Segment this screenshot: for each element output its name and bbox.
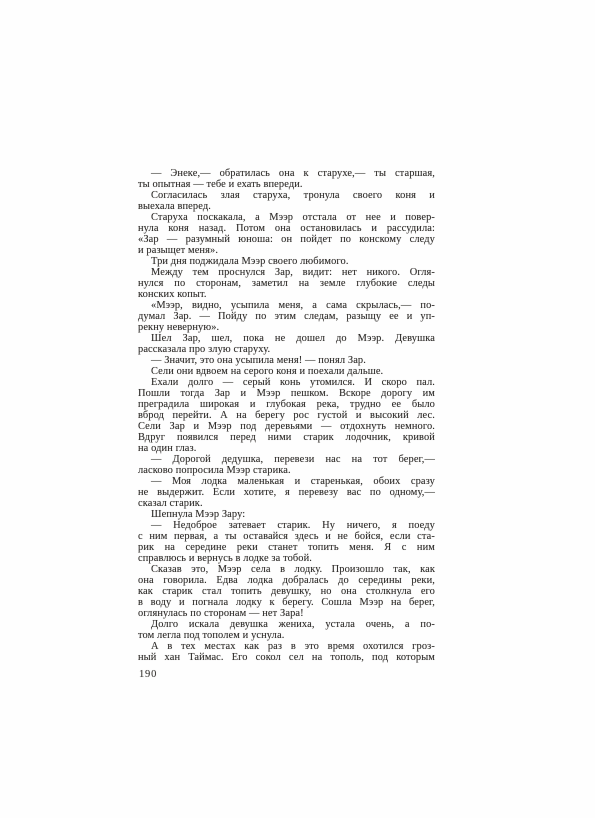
text-line: оглянулась по сторонам — нет Зара! — [138, 608, 435, 619]
text-line: — Моя лодка маленькая и старенькая, обои… — [138, 476, 435, 487]
text-line: Старуха поскакала, а Мээр отстала от нее… — [138, 212, 435, 223]
text-line: справлюсь и вернусь в лодке за тобой. — [138, 553, 435, 564]
text-line: как старик стал топить девушку, но она с… — [138, 586, 435, 597]
text-line: нулся по сторонам, заметил на земле глуб… — [138, 278, 435, 289]
text-line: в воду и погнала лодку к берегу. Сошла М… — [138, 597, 435, 608]
text-line: рекну неверную». — [138, 322, 435, 333]
text-line: выехала вперед. — [138, 201, 435, 212]
text-line: конских копыт. — [138, 289, 435, 300]
text-line: Шепнула Мээр Зару: — [138, 509, 435, 520]
text-line: ный хан Таймас. Его сокол сел на тополь,… — [138, 652, 435, 663]
text-line: ты опытная — тебе и ехать впереди. — [138, 179, 435, 190]
text-line: Ехали долго — серый конь утомился. И ско… — [138, 377, 435, 388]
text-line: рассказала про злую старуху. — [138, 344, 435, 355]
text-line: сказал старик. — [138, 498, 435, 509]
text-line: ласково попросила Мээр старика. — [138, 465, 435, 476]
text-line: Сели Зар и Мээр под деревьями — отдохнут… — [138, 421, 435, 432]
text-line: Пошли тогда Зар и Мээр пешком. Вскоре до… — [138, 388, 435, 399]
text-line: Три дня поджидала Мээр своего любимого. — [138, 256, 435, 267]
text-line: преградила широкая и глубокая река, труд… — [138, 399, 435, 410]
text-line: Сказав это, Мээр села в лодку. Произошло… — [138, 564, 435, 575]
text-line: А в тех местах как раз в это время охоти… — [138, 641, 435, 652]
text-line: Шел Зар, шел, пока не дошел до Мээр. Дев… — [138, 333, 435, 344]
text-line: на один глаз. — [138, 443, 435, 454]
text-line: Сели они вдвоем на серого коня и поехали… — [138, 366, 435, 377]
text-line: нула коня назад. Потом она остановилась … — [138, 223, 435, 234]
text-line: — Дорогой дедушка, перевези нас на тот б… — [138, 454, 435, 465]
text-line: Согласилась злая старуха, тронула своего… — [138, 190, 435, 201]
text-line: — Недоброе затевает старик. Ну ничего, я… — [138, 520, 435, 531]
book-page: — Энеке,— обратилась она к старухе,— ты … — [0, 0, 595, 818]
text-line: Вдруг появился перед ними старик лодочни… — [138, 432, 435, 443]
text-line: том легла под тополем и уснула. — [138, 630, 435, 641]
text-line: и разыщет меня». — [138, 245, 435, 256]
text-line: — Энеке,— обратилась она к старухе,— ты … — [138, 168, 435, 179]
text-line: рик на середине реки станет топить меня.… — [138, 542, 435, 553]
text-line: вброд перейти. А на берегу рос густой и … — [138, 410, 435, 421]
text-line: Между тем проснулся Зар, видит: нет нико… — [138, 267, 435, 278]
text-line: она говорила. Едва лодка добралась до се… — [138, 575, 435, 586]
text-line: не выдержит. Если хотите, я перевезу вас… — [138, 487, 435, 498]
text-line: «Зар — разумный юноша: он пойдет по конс… — [138, 234, 435, 245]
text-line: «Мээр, видно, усыпила меня, а сама скрыл… — [138, 300, 435, 311]
text-line: Долго искала девушка жениха, устала очен… — [138, 619, 435, 630]
page-text: — Энеке,— обратилась она к старухе,— ты … — [138, 168, 435, 663]
text-line: думал Зар. — Пойду по этим следам, разыщ… — [138, 311, 435, 322]
text-line: — Значит, это она усыпила меня! — понял … — [138, 355, 435, 366]
page-number: 190 — [139, 669, 157, 680]
text-line: с ним первая, а ты оставайся здесь и не … — [138, 531, 435, 542]
